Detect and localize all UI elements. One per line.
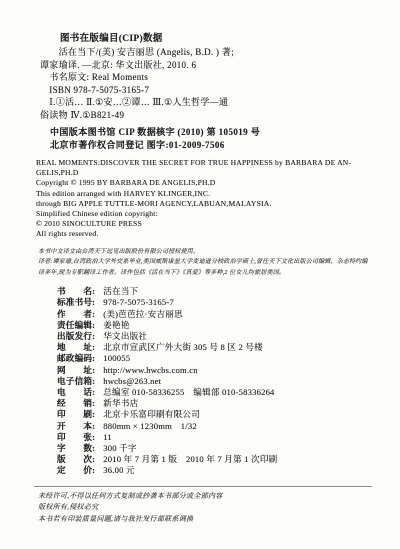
info-row: 版 次:2010 年 7 月第 1 版 2010 年 7 月第 1 次印刷	[57, 454, 370, 465]
note-line: 译者:谭家瑜,台湾政治大学外交系毕业,美国威斯康星大学麦迪逊分校政治学硕士,曾任…	[38, 257, 370, 278]
translation-license-notes: 本书中文译文由台湾天下远见出版股份有限公司授权使用。 译者:谭家瑜,台湾政治大学…	[38, 247, 370, 279]
copyright-line: GELIS,PH.D	[36, 168, 370, 178]
info-value: 300 千字	[103, 443, 136, 453]
info-label: 印 张:	[57, 432, 95, 442]
info-label: 出版发行:	[57, 331, 95, 341]
cip-record-block: 中国版本图书馆 CIP 数据核字 (2010) 第 105019 号 北京市著作…	[50, 126, 370, 152]
info-row: 网 址:http://www.hwcbs.com.cn	[57, 365, 370, 376]
info-value: 880mm × 1230mm 1/32	[103, 421, 197, 431]
info-value: 新华书店	[103, 398, 138, 408]
info-row: 字 数:300 千字	[57, 443, 370, 454]
info-label: 标准书号:	[57, 297, 95, 307]
info-value: hwcbs@263.net	[103, 376, 161, 386]
cip-line: 俗读物 Ⅳ.①B821-49	[40, 109, 370, 122]
info-label: 定 价:	[57, 465, 95, 475]
info-row: 标准书号:978-7-5075-3165-7	[57, 297, 370, 308]
info-label: 责任编辑:	[57, 320, 95, 330]
info-label: 字 数:	[57, 443, 95, 453]
info-label: 邮政编码:	[57, 353, 95, 363]
info-value: 姜艳艳	[103, 320, 129, 330]
copyright-line: This edition arranged with HARVEY KLINGE…	[36, 189, 370, 199]
info-row: 出版发行:华文出版社	[57, 331, 370, 342]
notice-line: 未经许可,不得以任何方式复制或抄袭本书部分或全部内容	[38, 491, 370, 503]
info-value: 978-7-5075-3165-7	[103, 297, 174, 307]
divider	[34, 486, 372, 487]
info-row: 作 者:(美)芭芭拉·安吉丽思	[57, 309, 370, 320]
info-row: 电子信箱:hwcbs@263.net	[57, 376, 370, 387]
info-row: 书 名:活在当下	[57, 286, 370, 297]
cip-line: 书名原文: Real Moments	[40, 71, 370, 84]
copyright-line: Copyright © 1995 BY BARBARA DE ANGELIS,P…	[36, 178, 370, 188]
cip-line: 谭家瑜译. —北京: 华文出版社, 2010. 6	[40, 59, 370, 72]
cip-heading: 图书在版编目(CIP)数据	[60, 33, 370, 46]
info-label: 电 话:	[57, 387, 95, 397]
info-value: 11	[103, 432, 112, 442]
notice-line: 版权所有,侵权必究	[38, 502, 370, 514]
info-label: 书 名:	[57, 286, 95, 296]
copyright-line: © 2010 SINOCULTURE PRESS	[36, 219, 370, 229]
info-value: 华文出版社	[103, 331, 147, 341]
info-row: 责任编辑:姜艳艳	[57, 320, 370, 331]
info-label: 印 刷:	[57, 409, 95, 419]
copyright-line: Simplified Chinese edition copyright:	[36, 209, 370, 219]
info-value: 北京市宣武区广外大街 305 号 8 区 2 号楼	[103, 342, 263, 352]
info-value: (美)芭芭拉·安吉丽思	[103, 309, 183, 319]
info-row: 定 价:36.00 元	[57, 465, 370, 476]
cip-block: 图书在版编目(CIP)数据 活在当下/(美) 安吉丽思 (Angelis, B.…	[40, 33, 370, 152]
info-row: 电 话:总编室 010-58336255 编辑部 010-58336264	[57, 387, 370, 398]
note-line: 本书中文译文由台湾天下远见出版股份有限公司授权使用。	[38, 247, 370, 258]
cip-line: 活在当下/(美) 安吉丽思 (Angelis, B.D. ) 著;	[40, 46, 370, 59]
english-copyright-block: REAL MOMENTS:DISCOVER THE SECRET FOR TRU…	[36, 158, 370, 240]
info-value: 总编室 010-58336255 编辑部 010-58336264	[103, 387, 274, 397]
book-copyright-page: 图书在版编目(CIP)数据 活在当下/(美) 安吉丽思 (Angelis, B.…	[0, 0, 400, 549]
info-row: 地 址:北京市宣武区广外大街 305 号 8 区 2 号楼	[57, 342, 370, 353]
info-value: 北京卡乐富印刷有限公司	[103, 409, 200, 419]
info-value: 2010 年 7 月第 1 版 2010 年 7 月第 1 次印刷	[103, 454, 277, 464]
notice-line: 本书若有印装质量问题,请与我社发行部联系调换	[38, 514, 370, 526]
info-label: 经 销:	[57, 398, 95, 408]
info-label: 作 者:	[57, 309, 95, 319]
copyright-line: All rights reserved.	[36, 229, 370, 239]
publication-info-table: 书 名:活在当下 标准书号:978-7-5075-3165-7 作 者:(美)芭…	[57, 286, 370, 476]
info-label: 电子信箱:	[57, 376, 95, 386]
footer-notices: 未经许可,不得以任何方式复制或抄袭本书部分或全部内容 版权所有,侵权必究 本书若…	[38, 491, 370, 526]
copyright-line: REAL MOMENTS:DISCOVER THE SECRET FOR TRU…	[36, 158, 370, 168]
info-value: http://www.hwcbs.com.cn	[103, 365, 198, 375]
info-label: 版 次:	[57, 454, 95, 464]
info-row: 印 张:11	[57, 432, 370, 443]
info-value: 36.00 元	[103, 465, 134, 475]
info-label: 开 本:	[57, 421, 95, 431]
info-row: 开 本:880mm × 1230mm 1/32	[57, 421, 370, 432]
info-label: 网 址:	[57, 365, 95, 375]
info-row: 经 销:新华书店	[57, 398, 370, 409]
info-row: 印 刷:北京卡乐富印刷有限公司	[57, 409, 370, 420]
cip-line: Ⅰ.①活… Ⅱ.①安…②谭… Ⅲ.①人生哲学—通	[40, 96, 370, 109]
info-value: 100055	[103, 353, 130, 363]
cip-record-number: 中国版本图书馆 CIP 数据核字 (2010) 第 105019 号	[50, 126, 370, 139]
info-label: 地 址:	[57, 342, 95, 352]
cip-line: ISBN 978-7-5075-3165-7	[40, 84, 370, 97]
info-value: 活在当下	[103, 286, 138, 296]
info-row: 邮政编码:100055	[57, 353, 370, 364]
cip-lines: 活在当下/(美) 安吉丽思 (Angelis, B.D. ) 著; 谭家瑜译. …	[40, 46, 370, 121]
copyright-registration-number: 北京市著作权合同登记 图字:01-2009-7506	[50, 139, 370, 152]
copyright-line: through BIG APPLE TUTTLE-MORI AGENCY,LAB…	[36, 199, 370, 209]
